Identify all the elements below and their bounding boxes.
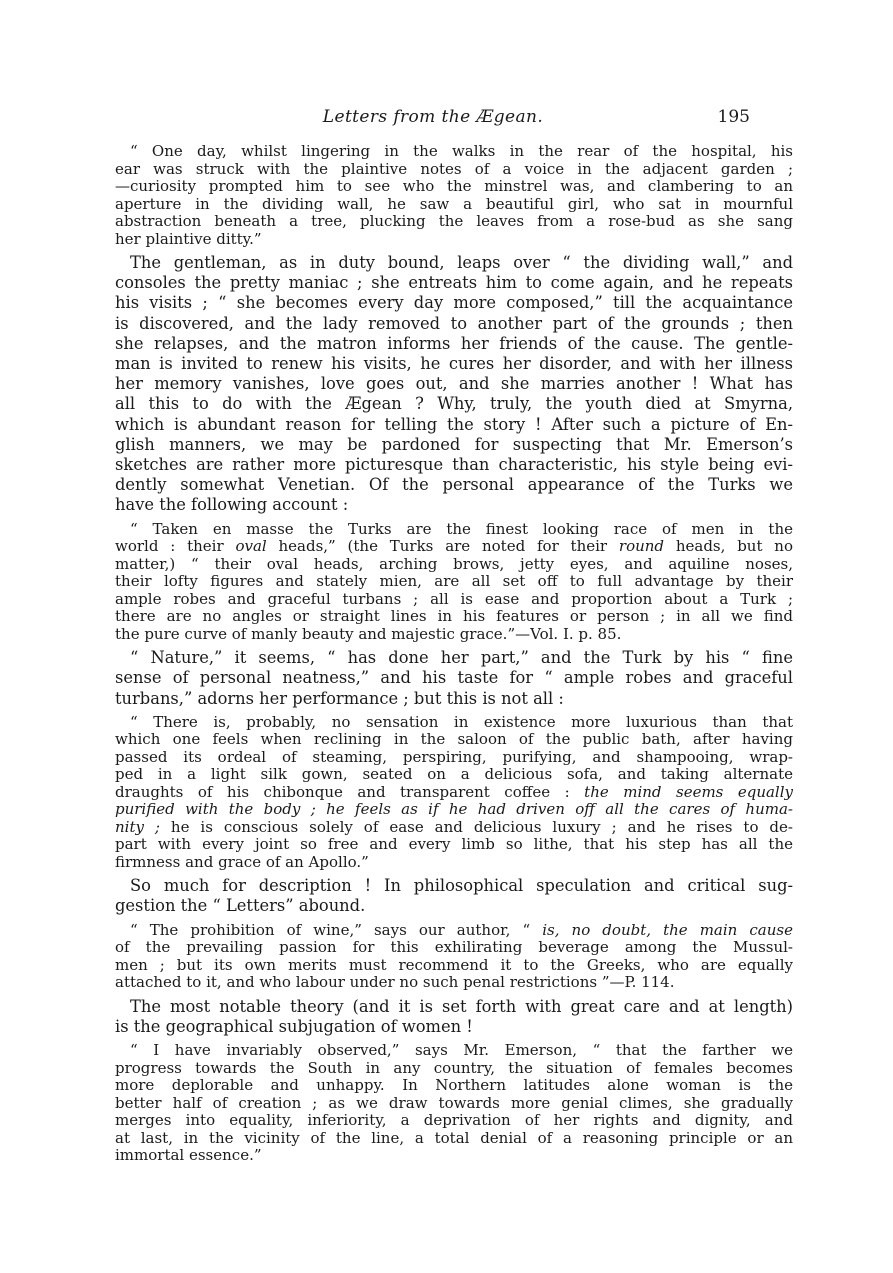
text-line: consoles the pretty maniac ; she entreat… (115, 273, 793, 293)
text-line: have the following account : (115, 495, 793, 515)
text-line: “ One day, whilst lingering in the walks… (115, 143, 793, 161)
text-line: So much for description ! In philosophic… (115, 876, 793, 896)
text-line: part with every joint so free and every … (115, 836, 793, 854)
text-line: immortal essence.” (115, 1147, 793, 1165)
body-paragraph: So much for description ! In philosophic… (115, 876, 793, 916)
text-line: dently somewhat Venetian. Of the persona… (115, 475, 793, 495)
text-line: his visits ; “ she becomes every day mor… (115, 293, 793, 313)
text-line: purified with the body ; he feels as if … (115, 801, 793, 819)
text-line: world : their oval heads,” (the Turks ar… (115, 538, 793, 556)
text-line: —curiosity prompted him to see who the m… (115, 178, 793, 196)
quoted-paragraph: “ Taken en masse the Turks are the fines… (115, 521, 793, 644)
text-line: is the geographical subjugation of women… (115, 1017, 793, 1037)
text-line: nity ; he is conscious solely of ease an… (115, 819, 793, 837)
text-line: gestion the “ Letters” abound. (115, 896, 793, 916)
text-line: The most notable theory (and it is set f… (115, 997, 793, 1017)
text-line: more deplorable and unhappy. In Northern… (115, 1077, 793, 1095)
scanned-page: Letters from the Ægean. 195 “ One day, w… (0, 0, 893, 1273)
text-line: ear was struck with the plaintive notes … (115, 161, 793, 179)
body-paragraph: The most notable theory (and it is set f… (115, 997, 793, 1037)
text-line: of the prevailing passion for this exhil… (115, 939, 793, 957)
text-block: Letters from the Ægean. 195 “ One day, w… (115, 106, 793, 1165)
text-line: ample robes and graceful turbans ; all i… (115, 591, 793, 609)
text-line: sketches are rather more picturesque tha… (115, 455, 793, 475)
text-line: which is abundant reason for telling the… (115, 415, 793, 435)
running-header: Letters from the Ægean. 195 (115, 106, 793, 128)
text-line: ped in a light silk gown, seated on a de… (115, 766, 793, 784)
text-line: her memory vanishes, love goes out, and … (115, 374, 793, 394)
body-paragraph: The gentleman, as in duty bound, leaps o… (115, 253, 793, 516)
text-line: “ Nature,” it seems, “ has done her part… (115, 648, 793, 668)
text-line: her plaintive ditty.” (115, 231, 793, 249)
text-line: “ Taken en masse the Turks are the fines… (115, 521, 793, 539)
text-line: she relapses, and the matron informs her… (115, 334, 793, 354)
text-line: men ; but its own merits must recommend … (115, 957, 793, 975)
text-line: draughts of his chibonque and transparen… (115, 784, 793, 802)
text-line: firmness and grace of an Apollo.” (115, 854, 793, 872)
text-line: progress towards the South in any countr… (115, 1060, 793, 1078)
text-line: at last, in the vicinity of the line, a … (115, 1130, 793, 1148)
quoted-paragraph: “ One day, whilst lingering in the walks… (115, 143, 793, 248)
text-line: there are no angles or straight lines in… (115, 608, 793, 626)
text-line: all this to do with the Ægean ? Why, tru… (115, 394, 793, 414)
text-line: the pure curve of manly beauty and majes… (115, 626, 793, 644)
text-line: glish manners, we may be pardoned for su… (115, 435, 793, 455)
text-line: aperture in the dividing wall, he saw a … (115, 196, 793, 214)
text-line: turbans,” adorns her performance ; but t… (115, 689, 793, 709)
text-line: is discovered, and the lady removed to a… (115, 314, 793, 334)
text-line: merges into equality, inferiority, a dep… (115, 1112, 793, 1130)
text-line: abstraction beneath a tree, plucking the… (115, 213, 793, 231)
body-paragraph: “ Nature,” it seems, “ has done her part… (115, 648, 793, 709)
page-number: 195 (718, 106, 750, 128)
text-line: which one feels when reclining in the sa… (115, 731, 793, 749)
text-line: man is invited to renew his visits, he c… (115, 354, 793, 374)
quoted-paragraph: “ There is, probably, no sensation in ex… (115, 714, 793, 872)
quoted-paragraph: “ The prohibition of wine,” says our aut… (115, 922, 793, 992)
text-line: “ I have invariably observed,” says Mr. … (115, 1042, 793, 1060)
text-line: their lofty figures and stately mien, ar… (115, 573, 793, 591)
quoted-paragraph: “ I have invariably observed,” says Mr. … (115, 1042, 793, 1165)
text-line: “ There is, probably, no sensation in ex… (115, 714, 793, 732)
text-line: matter,) “ their oval heads, arching bro… (115, 556, 793, 574)
text-line: better half of creation ; as we draw tow… (115, 1095, 793, 1113)
text-line: sense of personal neatness,” and his tas… (115, 668, 793, 688)
running-title: Letters from the Ægean. (115, 106, 751, 128)
text-line: passed its ordeal of steaming, perspirin… (115, 749, 793, 767)
text-line: The gentleman, as in duty bound, leaps o… (115, 253, 793, 273)
text-line: “ The prohibition of wine,” says our aut… (115, 922, 793, 940)
text-line: attached to it, and who labour under no … (115, 974, 793, 992)
page-body: “ One day, whilst lingering in the walks… (115, 143, 793, 1165)
